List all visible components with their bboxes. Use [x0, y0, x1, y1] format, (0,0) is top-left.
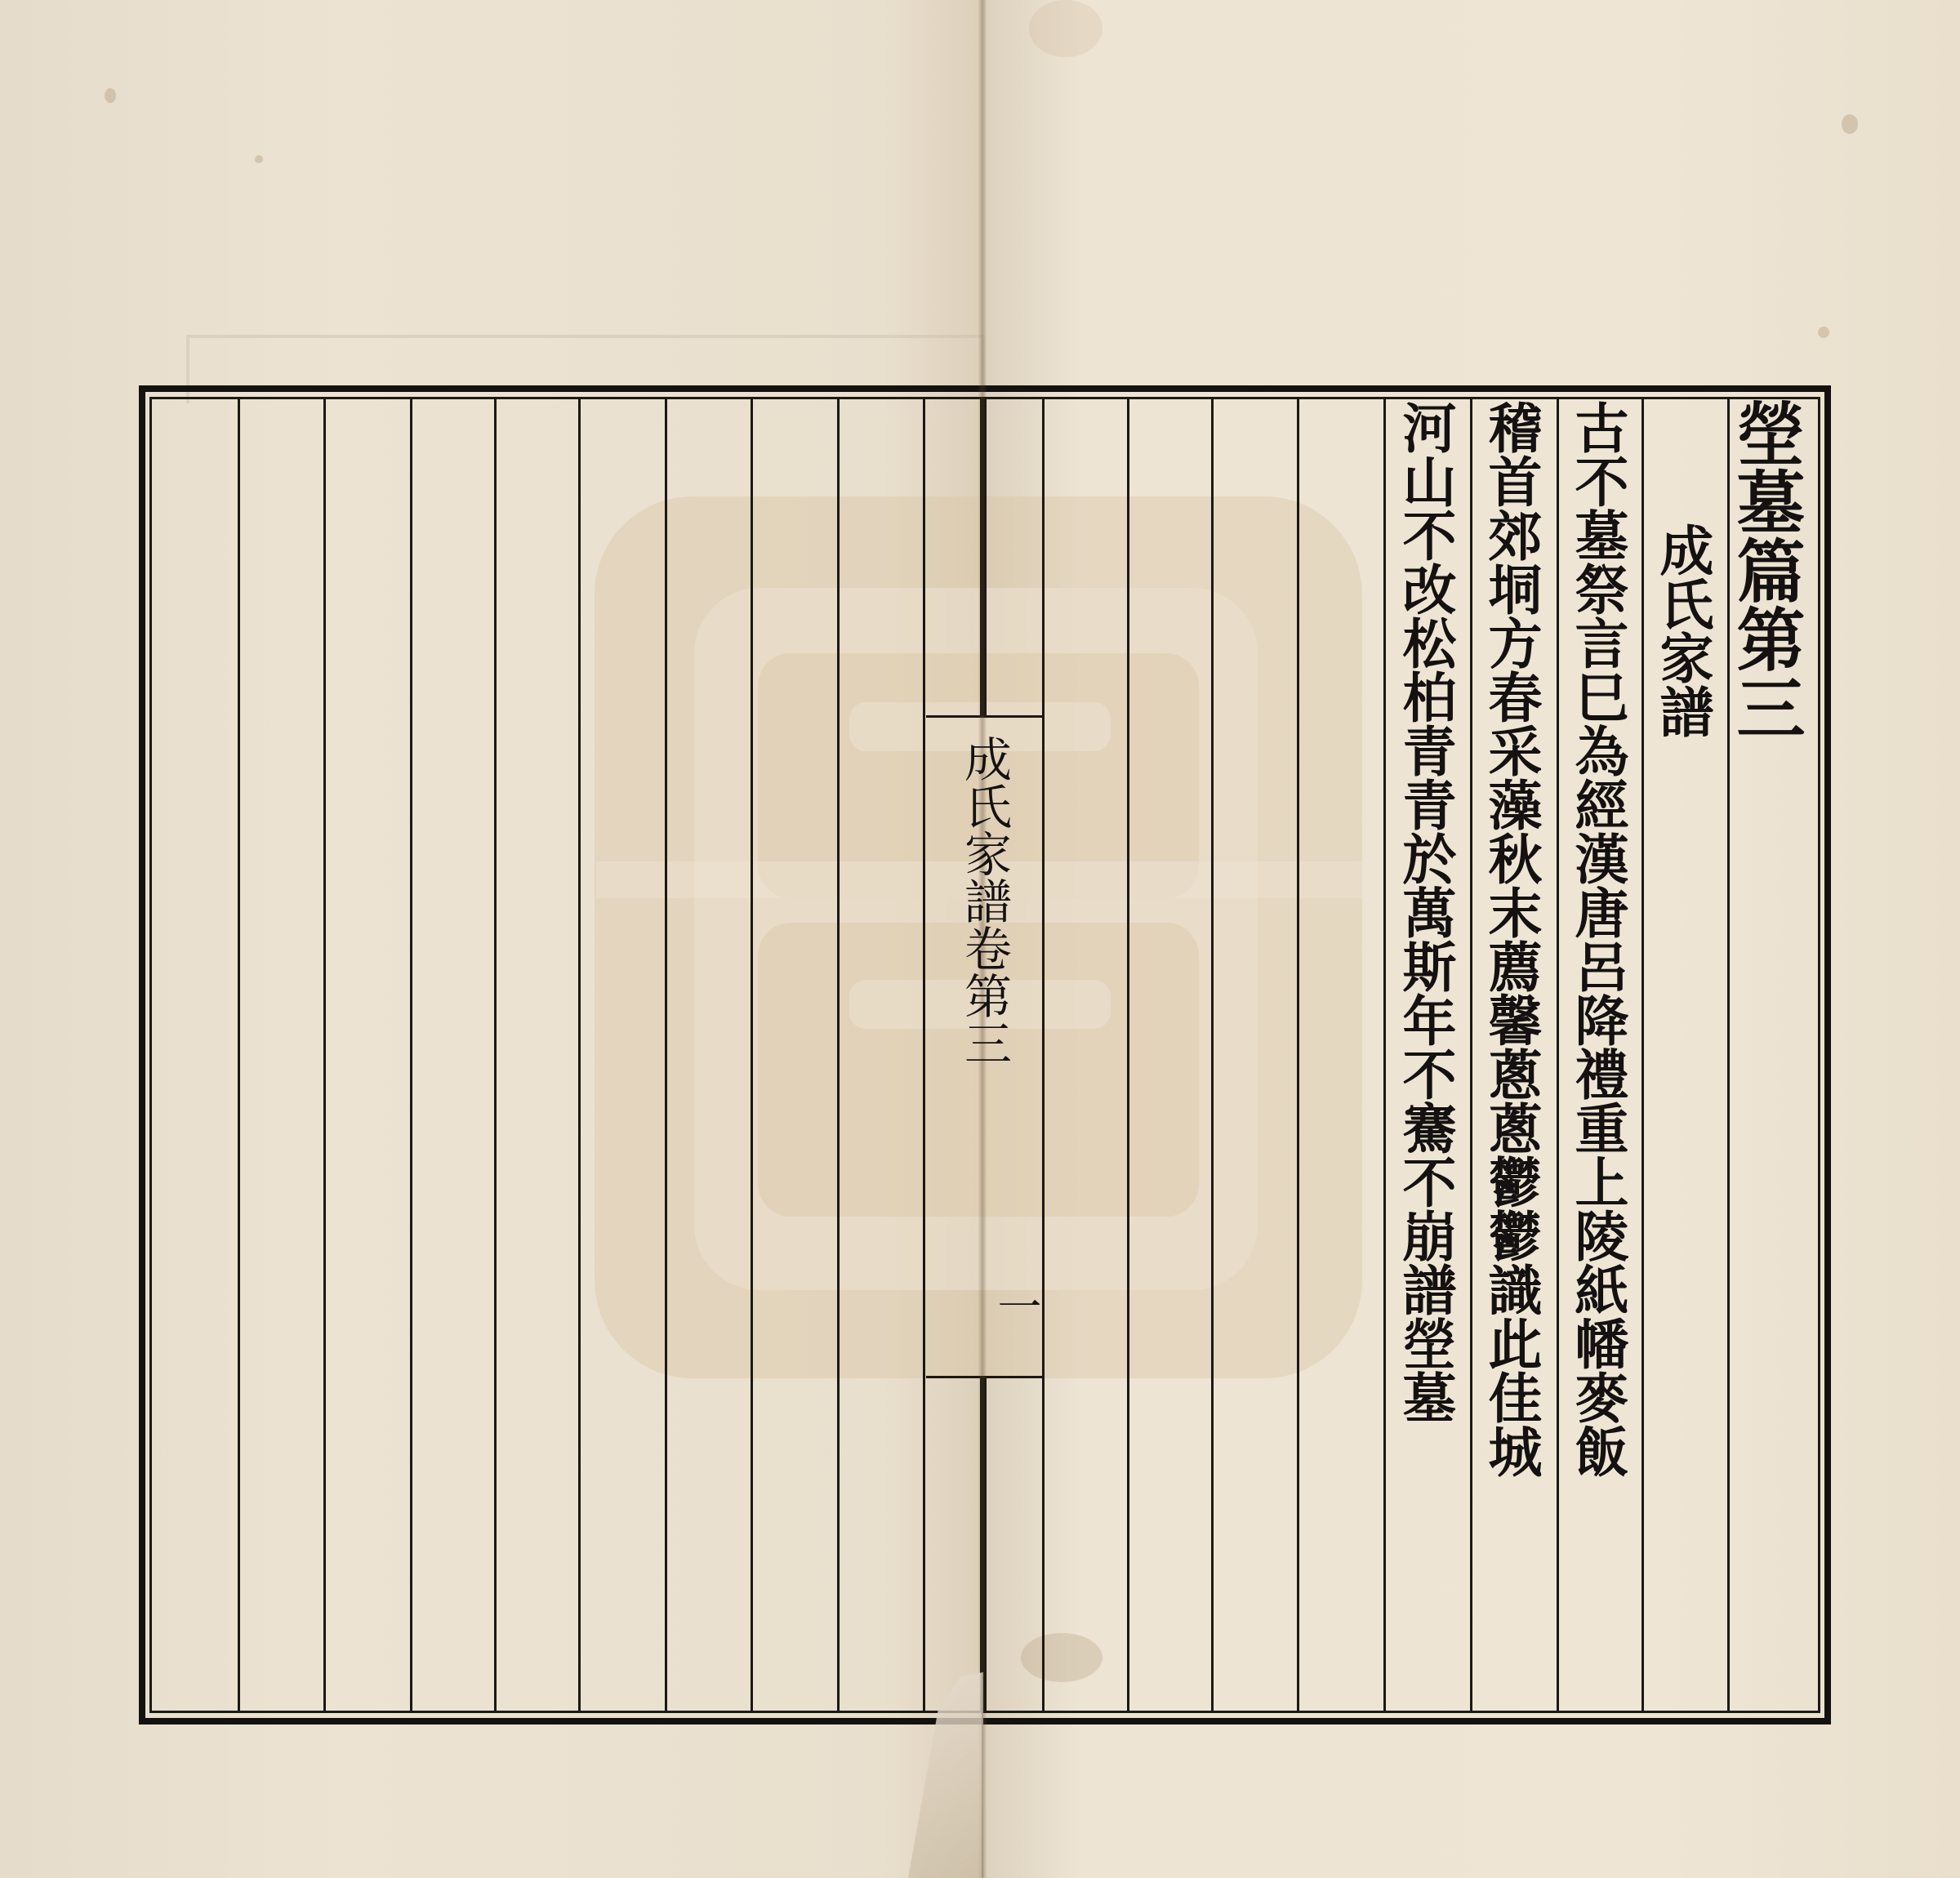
paper-stain [255, 155, 263, 163]
text-column-1: 古不墓祭言巳為經漢唐呂降禮重上陵紙幡麥飯 [1565, 400, 1630, 1478]
page-number: 一 [985, 1284, 1048, 1328]
paper-stain [1842, 114, 1858, 134]
paper-stain [1818, 327, 1829, 338]
chapter-title: 塋墓篇第三 [1726, 398, 1805, 741]
center-book-title: 成氏家譜卷第三 [955, 735, 1013, 1066]
text-column-2: 稽首郊垌方春采藻秋末薦馨蔥蔥鬱鬱識此佳城 [1478, 400, 1543, 1478]
center-column-right-rule [1042, 397, 1045, 1713]
chapter-subtitle: 成氏家譜 [1650, 523, 1715, 738]
paper-stain [1029, 0, 1102, 57]
paper-stain [105, 88, 116, 103]
text-column-3: 河山不改松柏青青於萬斯年不騫不崩譜塋墓 [1392, 400, 1458, 1424]
